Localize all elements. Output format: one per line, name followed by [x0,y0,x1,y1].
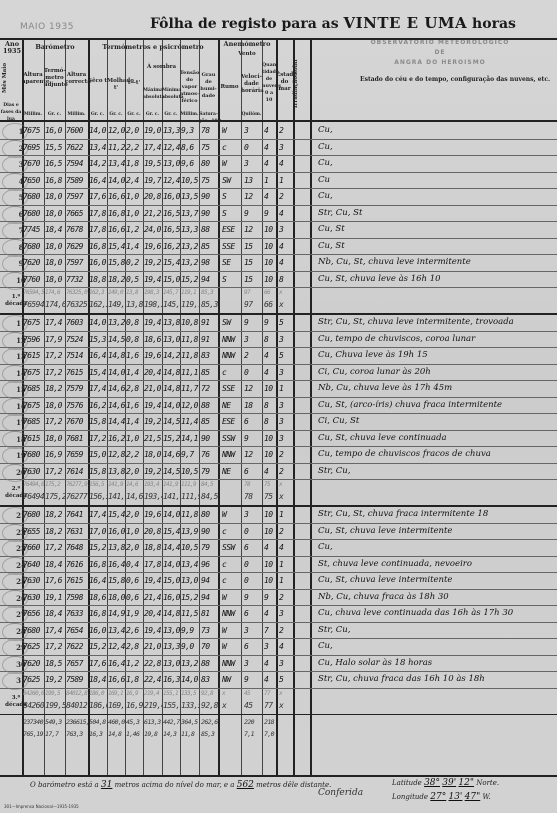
weather-remark: Cu, Halo solar às 18 horas [318,658,432,668]
cell-nuv: 4 [264,659,276,668]
longitude-dir: W. [482,793,490,801]
cell-dif: 2,4 [126,176,143,185]
cell-hum: 76 [201,450,218,459]
decade-pencil-rumo: x [222,690,242,697]
cell-dif: 0,6 [126,576,143,585]
cell-dif: 0,8 [126,318,143,327]
cell-vel: 3 [244,626,262,635]
cell-dif: 0,5 [126,275,143,284]
decade-sum-tens: 119,1 [181,300,199,309]
row-divider [0,622,557,623]
cell-hum: 88 [201,659,218,668]
cell-molh: 13,4 [108,159,125,168]
cell-vel: 0 [244,527,262,536]
title-suffix: horas [472,16,516,32]
decade-pencil-tens: 133,5 [181,690,199,697]
decade-divider [0,313,557,315]
cell-alt_ap: 7680 [23,450,44,459]
longitude: Longitude 27° 13' 47" W. [392,792,491,802]
row-divider [0,287,557,288]
cell-min: 14,2 [163,351,180,360]
barometer-mid: metros acima do nível do mar, e a [115,781,235,789]
unit-label: Millim. [65,111,88,118]
cell-term: 18,2 [45,384,65,393]
cell-min: 14,8 [163,384,180,393]
cell-nuv: 7 [264,626,276,635]
cell-hum: 88 [201,225,218,234]
cell-mar: 3 [279,368,293,377]
cell-molh: 14,6 [108,401,125,410]
cell-alt_corr: 7589 [66,176,88,185]
min-header: Mínima absoluta [162,87,180,101]
unit-label: Satura-ção=100 [199,111,218,125]
cell-seco: 18,8 [89,275,107,284]
cell-nuv: 9 [264,318,276,327]
cell-tens: 10,8 [181,318,199,327]
weather-remark: Cu, [318,641,333,651]
thermometers-group-header: Termómetros e psicrómetro [88,44,218,51]
cell-nuv: 10 [264,434,276,443]
cell-nuv: 10 [264,242,276,251]
cell-vel: 9 [244,675,262,684]
cell-min: 14,8 [163,609,180,618]
year-label: Ano 1935 [2,41,22,55]
cell-min: 13,0 [163,335,180,344]
cell-term: 18,0 [45,192,65,201]
decade-sum-mar: x [279,492,293,501]
decade-sum-vel: 78 [244,492,262,501]
cell-alt_ap: 7625 [23,642,44,651]
cell-max: 20,4 [144,368,162,377]
unit-label: Quilóm. [241,111,262,118]
cell-nuv: 10 [264,258,276,267]
cell-vel: 12 [244,225,262,234]
weather-remark: Cu, St, chuva leve intermitente [318,575,452,585]
cell-min: 15,4 [163,527,180,536]
cell-vel: 6 [244,467,262,476]
decade-pencil-seco: 162,3 [89,289,107,296]
cell-hum: 91 [201,318,218,327]
cell-rumo: SSE [222,242,242,251]
cell-alt_corr: 7622 [66,642,88,651]
decade-sum-seco: 156,5 [89,492,107,501]
cell-seco: 15,2 [89,642,107,651]
weather-remark: Cu, St [318,241,345,251]
unit-label: Gr. c. [88,111,107,118]
cell-alt_corr: 7594 [66,159,88,168]
row-divider [0,413,557,414]
cell-max: 19,2 [144,417,162,426]
cell-mar: 3 [279,434,293,443]
cell-nuv: 8 [264,401,276,410]
cell-rumo: c [222,527,242,536]
cell-rumo: ESE [222,417,242,426]
cell-term: 17,6 [45,576,65,585]
decade-pencil-alt_ap: 84260,0 [23,690,44,697]
cell-max: 17,4 [144,143,162,152]
decade-pencil-tens: 111,9 [181,481,199,488]
cell-seco: 15,0 [89,450,107,459]
cell-vel: 15 [244,258,262,267]
cell-max: 22,4 [144,675,162,684]
cell-dif: 1,2 [126,225,143,234]
decade-sum-term: 175,2 [45,492,65,501]
row-divider [0,446,557,447]
row-divider [0,331,557,332]
cell-seco: 14,2 [89,159,107,168]
row-divider [0,254,557,255]
cell-rumo: S [222,192,242,201]
row-divider [0,221,557,222]
cell-mar: 1 [279,560,293,569]
cell-tens: 9,3 [181,126,199,135]
cell-max: 19,6 [144,242,162,251]
cell-min: 15,0 [163,275,180,284]
row-divider [0,556,557,557]
cell-vel: 6 [244,609,262,618]
row-divider [0,155,557,156]
cell-alt_corr: 7600 [66,126,88,135]
cell-rumo: c [222,560,242,569]
cell-term: 18,0 [45,401,65,410]
cell-mar: 4 [279,258,293,267]
cell-tens: 10,5 [181,467,199,476]
days-label: Dias e fases da lua [0,102,22,123]
cell-tens: 11,4 [181,417,199,426]
cell-hum: 75 [201,176,218,185]
cell-seco: 17,4 [89,510,107,519]
cell-molh: 14,6 [108,384,125,393]
weather-remark: Cu, chuva leve continuada das 16h às 17h… [318,608,513,618]
decade-sum-mar: x [279,701,293,710]
cell-nuv: 10 [264,576,276,585]
cell-rumo: c [222,576,242,585]
decade-pencil-alt_ap: 76594,5 [23,289,44,296]
column-divider [262,38,263,775]
cell-molh: 15,4 [108,242,125,251]
cell-term: 17,2 [45,467,65,476]
cell-min: 16,5 [163,225,180,234]
cell-tens: 13,3 [181,225,199,234]
table-bottom-border [0,775,557,777]
latitude-dir: Norte. [476,779,499,787]
cell-term: 17,4 [45,626,65,635]
cloud-amount-header: Quan-tidade de nuvens 0 a 10 [262,62,276,104]
cell-mar: 4 [279,209,293,218]
cell-alt_corr: 7579 [66,384,88,393]
cell-dif: 1,0 [126,192,143,201]
total-avg-alt_corr: 763,3 [66,730,88,738]
weather-remark: Str, Cu, [318,625,350,635]
cell-molh: 15,8 [108,576,125,585]
cell-min: 14,0 [163,401,180,410]
cell-seco: 13,4 [89,143,107,152]
apparent-height-header: Altura aparente [22,72,44,86]
cell-max: 19,7 [144,176,162,185]
cell-hum: 80 [201,510,218,519]
decade-pencil-dif: 13,8 [126,289,143,296]
total-avg-seco: 16,3 [89,730,107,738]
weather-remark: Ci, Cu, coroa lunar às 20h [318,367,431,377]
cell-min: 13,0 [163,659,180,668]
title-prefix: Fôlha de registo para as [150,16,339,32]
cell-molh: 16,6 [108,192,125,201]
cell-dif: 0,6 [126,593,143,602]
weather-remark: Cu, [318,158,333,168]
decade-sum-max: 219,4 [144,701,162,710]
cell-term: 17,2 [45,368,65,377]
decade-pencil-term: 199,5 [45,690,65,697]
cell-tens: 15,2 [181,275,199,284]
cell-term: 18,0 [45,275,65,284]
decade-sum-tens: 111,9 [181,492,199,501]
cell-min: 15,4 [163,258,180,267]
cell-seco: 16,4 [89,576,107,585]
weather-remark: Cu, St, chuva leve às 16h 10 [318,274,441,284]
unit-label: Gr. c. [107,111,125,118]
cell-tens: 13,9 [181,527,199,536]
cell-term: 16,0 [45,126,65,135]
cell-molh: 14,9 [108,609,125,618]
decade-sum-vel: 97 [244,300,262,309]
cell-max: 22,8 [144,659,162,668]
cell-vel: 2 [244,351,262,360]
cell-tens: 11,8 [181,510,199,519]
weather-remark: Cu, [318,142,333,152]
cell-tens: 15,2 [181,593,199,602]
cell-dif: 2,0 [126,467,143,476]
column-divider [199,38,200,775]
cell-nuv: 1 [264,176,276,185]
cell-mar: 2 [279,626,293,635]
decade-pencil-seco: 156,5 [89,481,107,488]
cell-molh: 14,8 [108,351,125,360]
cell-tens: 8,6 [181,143,199,152]
cell-term: 16,9 [45,450,65,459]
total-avg-hum: 85,3 [201,730,218,738]
cell-min: 16,0 [163,593,180,602]
cell-mar: 3 [279,659,293,668]
cell-molh: 16,6 [108,675,125,684]
cell-min: 13,8 [163,318,180,327]
decade-pencil-hum: 84,5 [201,481,218,488]
cell-tens: 14,0 [181,675,199,684]
cell-seco: 16,4 [89,351,107,360]
unit-label: Gr. c. [125,111,143,118]
cell-dif: 0,4 [126,560,143,569]
total-avg-term: 17,7 [45,730,65,738]
cell-mar: 5 [279,351,293,360]
cell-molh: 16,2 [108,434,125,443]
cell-nuv: 8 [264,335,276,344]
cell-hum: 90 [201,434,218,443]
barometer-distance: 562 [237,780,254,790]
cell-alt_ap: 7675 [23,368,44,377]
cell-mar: 4 [279,242,293,251]
cell-alt_ap: 7745 [23,225,44,234]
cell-alt_corr: 7670 [66,417,88,426]
decade-pencil-hum: 92,8 [201,690,218,697]
weather-remark: Str, Cu, [318,466,350,476]
decade-sum-molh: 169,1 [108,701,125,710]
cell-vel: 9 [244,318,262,327]
cell-vel: 18 [244,401,262,410]
cell-mar: 1 [279,384,293,393]
cell-tens: 11,5 [181,609,199,618]
cell-vel: 6 [244,642,262,651]
decade-sum-min: 145,7 [163,300,180,309]
cell-hum: 83 [201,351,218,360]
cell-hum: 81 [201,609,218,618]
wet-bulb-header: Molhado t' [107,78,125,92]
cell-min: 14,6 [163,450,180,459]
cell-term: 18,5 [45,659,65,668]
decade-sum-min: 141,9 [163,492,180,501]
cell-molh: 15,4 [108,510,125,519]
cell-term: 18,0 [45,242,65,251]
table-top-border [0,38,557,40]
cell-nuv: 4 [264,192,276,201]
cell-alt_ap: 7680 [23,626,44,635]
cell-tens: 13,2 [181,242,199,251]
cell-rumo: W [222,159,242,168]
weather-remark: Cu, tempo de chuviscos, coroa lunar [318,334,475,344]
cell-vel: 12 [244,192,262,201]
cell-mar: 3 [279,143,293,152]
cell-vel: 3 [244,659,262,668]
cell-tens: 12,0 [181,401,199,410]
decade-pencil-vel: 45 [244,690,262,697]
cell-tens: 13,0 [181,576,199,585]
cell-max: 19,4 [144,626,162,635]
cell-nuv: 4 [264,368,276,377]
stamp-line-2: DE [340,48,540,58]
weather-remark: Cu, St, chuva leve intermitente [318,526,452,536]
cell-seco: 16,8 [89,242,107,251]
decade-pencil-nuv: 75 [264,481,276,488]
cell-mar: 1 [279,176,293,185]
cell-term: 15,5 [45,143,65,152]
cell-hum: 79 [201,467,218,476]
cell-hum: 90 [201,192,218,201]
cell-max: 18,8 [144,543,162,552]
row-divider [0,572,557,573]
cell-term: 17,4 [45,318,65,327]
cell-min: 13,3 [163,126,180,135]
cell-molh: 13,8 [108,543,125,552]
cell-seco: 17,0 [89,527,107,536]
cell-tens: 10,5 [181,176,199,185]
unit-label: Gr. c. [162,111,180,118]
cell-alt_ap: 7596 [23,335,44,344]
unit-label: Gr. c. [143,111,162,118]
cell-min: 12,4 [163,176,180,185]
cell-alt_corr: 7524 [66,335,88,344]
cell-hum: 85 [201,368,218,377]
cell-dif: 1,4 [126,368,143,377]
cell-min: 14,0 [163,560,180,569]
cell-min: 16,0 [163,192,180,201]
cell-max: 21,2 [144,209,162,218]
cell-seco: 17,6 [89,192,107,201]
cell-nuv: 4 [264,159,276,168]
cell-tens: 9,6 [181,159,199,168]
cell-alt_corr: 7629 [66,242,88,251]
cell-molh: 16,4 [108,659,125,668]
row-divider [0,397,557,398]
decade-sum-alt_corr: 76325,0 [66,300,88,309]
decade-pencil-mar: x [279,481,293,488]
cell-max: 19,4 [144,275,162,284]
cell-nuv: 4 [264,143,276,152]
cell-rumo: NNW [222,609,242,618]
cell-max: 20,4 [144,609,162,618]
cell-rumo: W [222,593,242,602]
total-sum-hum: 262,6 [201,718,218,726]
cell-rumo: NE [222,467,242,476]
cell-vel: 3 [244,126,262,135]
decade-sum-vel: 45 [244,701,262,710]
cell-hum: 90 [201,209,218,218]
cell-mar: 3 [279,401,293,410]
cell-mar: 4 [279,159,293,168]
row-divider [0,380,557,381]
direction-header: Rumo [218,84,241,91]
cell-dif: 2,8 [126,384,143,393]
total-sum-dif: 45,3 [126,718,143,726]
cell-alt_corr: 7665 [66,209,88,218]
weather-remark: Cu, Chuva leve às 19h 15 [318,350,428,360]
cell-dif: 2,8 [126,642,143,651]
cell-alt_ap: 7695 [23,143,44,152]
decade-pencil-mar: x [279,289,293,296]
cell-alt_corr: 7514 [66,351,88,360]
cell-alt_ap: 7630 [23,467,44,476]
cell-max: 19,2 [144,467,162,476]
cell-tens: 13,5 [181,192,199,201]
cell-tens: 10,5 [181,543,199,552]
cell-molh: 13,4 [108,626,125,635]
decade-pencil-min: 155,1 [163,690,180,697]
cell-term: 17,2 [45,543,65,552]
decade-sum-molh: 149,0 [108,300,125,309]
cell-vel: 15 [244,275,262,284]
cell-alt_corr: 7603 [66,318,88,327]
unit-label: Millim. [22,111,44,118]
weather-remark: Ci, Cu, St [318,416,359,426]
cell-mar: 2 [279,450,293,459]
cell-alt_corr: 7589 [66,675,88,684]
cell-max: 18,0 [144,450,162,459]
decade-divider [0,714,557,716]
cell-term: 18,4 [45,225,65,234]
cell-max: 21,0 [144,384,162,393]
cell-hum: 79 [201,543,218,552]
cell-term: 18,0 [45,209,65,218]
cell-vel: 12 [244,384,262,393]
row-divider [0,589,557,590]
cell-max: 18,6 [144,335,162,344]
cell-seco: 16,0 [89,626,107,635]
total-avg-vel: 7,1 [244,730,262,738]
weather-remark: Cu [318,175,330,185]
total-sum-vel: 220 [244,718,262,726]
weather-remark: Str, Cu, St [318,208,362,218]
cell-molh: 13,8 [108,467,125,476]
cell-max: 21,4 [144,593,162,602]
cell-rumo: SSW [222,543,242,552]
cell-max: 19,4 [144,576,162,585]
